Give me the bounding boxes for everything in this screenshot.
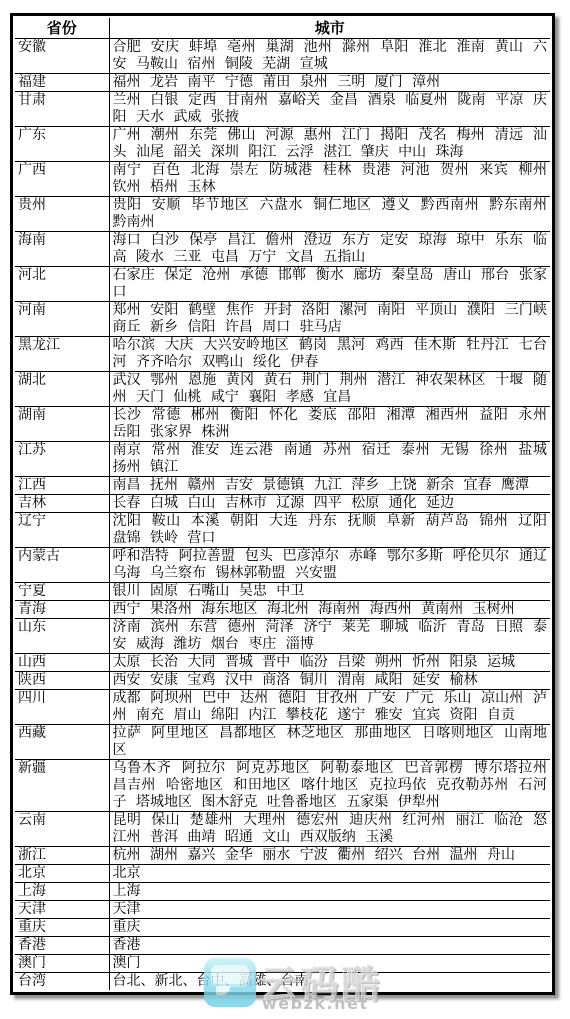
table-row: 甘肃 兰州 白银 定西 甘南州 嘉峪关 金昌 酒泉 临夏州 陇南 平凉 庆阳 天… (15, 92, 550, 127)
province-cell: 西藏 (15, 725, 109, 760)
table-row: 吉林 长春 白城 白山 吉林市 辽源 四平 松原 通化 延边 (15, 495, 550, 513)
table-row: 江西 南昌 抚州 赣州 吉安 景德镇 九江 萍乡 上饶 新余 宜春 鹰潭 (15, 477, 550, 495)
province-cell: 江苏 (15, 442, 109, 477)
table-row: 浙江 杭州 湖州 嘉兴 金华 丽水 宁波 衢州 绍兴 台州 温州 舟山 (15, 847, 550, 865)
province-cell: 青海 (15, 601, 109, 619)
cities-cell: 福州 龙岩 南平 宁德 莆田 泉州 三明 厦门 漳州 (109, 74, 550, 92)
cities-cell: 济南 滨州 东营 德州 菏泽 济宁 莱芜 聊城 临沂 青岛 日照 泰安 威海 潍… (109, 619, 550, 654)
cities-cell: 南宁 百色 北海 崇左 防城港 桂林 贵港 河池 贺州 来宾 柳州 钦州 梧州 … (109, 162, 550, 197)
province-cell: 四川 (15, 690, 109, 725)
cities-cell: 兰州 白银 定西 甘南州 嘉峪关 金昌 酒泉 临夏州 陇南 平凉 庆阳 天水 武… (109, 92, 550, 127)
table-row: 河南 郑州 安阳 鹤壁 焦作 开封 洛阳 漯河 南阳 平顶山 濮阳 三门峡 商丘… (15, 302, 550, 337)
table-row: 广东 广州 潮州 东莞 佛山 河源 惠州 江门 揭阳 茂名 梅州 清远 汕头 汕… (15, 127, 550, 162)
province-city-table-frame: 省份 城市 安徽 合肥 安庆 蚌埠 亳州 巢湖 池州 滁州 阜阳 淮北 淮南 黄… (10, 13, 555, 995)
province-cell: 江西 (15, 477, 109, 495)
cities-cell: 广州 潮州 东莞 佛山 河源 惠州 江门 揭阳 茂名 梅州 清远 汕头 汕尾 韶… (109, 127, 550, 162)
province-cell: 黑龙江 (15, 337, 109, 372)
table-row: 贵州 贵阳 安顺 毕节地区 六盘水 铜仁地区 遵义 黔西南州 黔东南州 黔南州 (15, 197, 550, 232)
province-cell: 浙江 (15, 847, 109, 865)
province-cell: 广西 (15, 162, 109, 197)
cities-cell: 上海 (109, 883, 550, 901)
province-cell: 湖北 (15, 372, 109, 407)
table-row: 重庆 重庆 (15, 919, 550, 937)
province-cell: 香港 (15, 937, 109, 955)
table-row: 广西 南宁 百色 北海 崇左 防城港 桂林 贵港 河池 贺州 来宾 柳州 钦州 … (15, 162, 550, 197)
cities-cell: 成都 阿坝州 巴中 达州 德阳 甘孜州 广安 广元 乐山 凉山州 泸州 南充 眉… (109, 690, 550, 725)
province-column-header: 省份 (15, 18, 109, 39)
table-row: 青海 西宁 果洛州 海东地区 海北州 海南州 海西州 黄南州 玉树州 (15, 601, 550, 619)
table-row: 山东 济南 滨州 东营 德州 菏泽 济宁 莱芜 聊城 临沂 青岛 日照 泰安 威… (15, 619, 550, 654)
cities-cell: 郑州 安阳 鹤壁 焦作 开封 洛阳 漯河 南阳 平顶山 濮阳 三门峡 商丘 新乡… (109, 302, 550, 337)
province-cell: 宁夏 (15, 583, 109, 601)
province-cell: 广东 (15, 127, 109, 162)
table-row: 宁夏 银川 固原 石嘴山 吴忠 中卫 (15, 583, 550, 601)
cities-cell: 台北、新北、台中、高雄、台南 (109, 973, 550, 991)
cities-cell: 澳门 (109, 955, 550, 973)
table-row: 黑龙江 哈尔滨 大庆 大兴安岭地区 鹤岗 黑河 鸡西 佳木斯 牡丹江 七台河 齐… (15, 337, 550, 372)
cities-cell: 长沙 常德 郴州 衡阳 怀化 娄底 邵阳 湘潭 湘西州 益阳 永州 岳阳 张家界… (109, 407, 550, 442)
table-row: 台湾 台北、新北、台中、高雄、台南 (15, 973, 550, 991)
table-row: 陕西 西安 安康 宝鸡 汉中 商洛 铜川 渭南 咸阳 延安 榆林 (15, 672, 550, 690)
cities-cell: 香港 (109, 937, 550, 955)
table-row: 澳门 澳门 (15, 955, 550, 973)
province-cell: 北京 (15, 865, 109, 883)
table-row: 湖南 长沙 常德 郴州 衡阳 怀化 娄底 邵阳 湘潭 湘西州 益阳 永州 岳阳 … (15, 407, 550, 442)
cities-cell: 拉萨 阿里地区 昌都地区 林芝地区 那曲地区 日喀则地区 山南地区 (109, 725, 550, 760)
province-cell: 台湾 (15, 973, 109, 991)
province-cell: 吉林 (15, 495, 109, 513)
watermark-domain: webzk.net (262, 994, 369, 1013)
province-cell: 内蒙古 (15, 548, 109, 583)
cities-cell: 合肥 安庆 蚌埠 亳州 巢湖 池州 滁州 阜阳 淮北 淮南 黄山 六安 马鞍山 … (109, 39, 550, 74)
cities-cell: 太原 长治 大同 晋城 晋中 临汾 吕梁 朔州 忻州 阳泉 运城 (109, 654, 550, 672)
cities-cell: 重庆 (109, 919, 550, 937)
table-row: 福建 福州 龙岩 南平 宁德 莆田 泉州 三明 厦门 漳州 (15, 74, 550, 92)
province-cell: 安徽 (15, 39, 109, 74)
province-cell: 甘肃 (15, 92, 109, 127)
province-cell: 河北 (15, 267, 109, 302)
cities-cell: 石家庄 保定 沧州 承德 邯郸 衡水 廊坊 秦皇岛 唐山 邢台 张家口 (109, 267, 550, 302)
cities-cell: 长春 白城 白山 吉林市 辽源 四平 松原 通化 延边 (109, 495, 550, 513)
cities-cell: 银川 固原 石嘴山 吴忠 中卫 (109, 583, 550, 601)
cities-column-header: 城市 (109, 18, 550, 39)
cities-cell: 乌鲁木齐 阿拉尔 阿克苏地区 阿勒泰地区 巴音郭楞 博尔塔拉州 昌吉州 哈密地区… (109, 760, 550, 812)
table-row: 河北 石家庄 保定 沧州 承德 邯郸 衡水 廊坊 秦皇岛 唐山 邢台 张家口 (15, 267, 550, 302)
province-cell: 上海 (15, 883, 109, 901)
cities-cell: 北京 (109, 865, 550, 883)
cities-cell: 武汉 鄂州 恩施 黄冈 黄石 荆门 荆州 潜江 神农架林区 十堰 随州 天门 仙… (109, 372, 550, 407)
province-cell: 重庆 (15, 919, 109, 937)
table-header: 省份 城市 (15, 18, 550, 39)
table-body: 安徽 合肥 安庆 蚌埠 亳州 巢湖 池州 滁州 阜阳 淮北 淮南 黄山 六安 马… (15, 39, 550, 991)
cities-cell: 西宁 果洛州 海东地区 海北州 海南州 海西州 黄南州 玉树州 (109, 601, 550, 619)
province-cell: 澳门 (15, 955, 109, 973)
cities-cell: 昆明 保山 楚雄州 大理州 德宏州 迪庆州 红河州 丽江 临沧 怒江州 普洱 曲… (109, 812, 550, 847)
province-cell: 贵州 (15, 197, 109, 232)
table-row: 西藏 拉萨 阿里地区 昌都地区 林芝地区 那曲地区 日喀则地区 山南地区 (15, 725, 550, 760)
table-row: 海南 海口 白沙 保亭 昌江 儋州 澄迈 东方 定安 琼海 琼中 乐东 临高 陵… (15, 232, 550, 267)
province-cell: 山西 (15, 654, 109, 672)
header-row: 省份 城市 (15, 18, 550, 39)
province-cell: 辽宁 (15, 513, 109, 548)
table-row: 安徽 合肥 安庆 蚌埠 亳州 巢湖 池州 滁州 阜阳 淮北 淮南 黄山 六安 马… (15, 39, 550, 74)
province-cell: 海南 (15, 232, 109, 267)
cities-cell: 呼和浩特 阿拉善盟 包头 巴彦淖尔 赤峰 鄂尔多斯 呼伦贝尔 通辽 乌海 乌兰察… (109, 548, 550, 583)
cities-cell: 南昌 抚州 赣州 吉安 景德镇 九江 萍乡 上饶 新余 宜春 鹰潭 (109, 477, 550, 495)
cities-cell: 贵阳 安顺 毕节地区 六盘水 铜仁地区 遵义 黔西南州 黔东南州 黔南州 (109, 197, 550, 232)
cities-cell: 哈尔滨 大庆 大兴安岭地区 鹤岗 黑河 鸡西 佳木斯 牡丹江 七台河 齐齐哈尔 … (109, 337, 550, 372)
cities-cell: 海口 白沙 保亭 昌江 儋州 澄迈 东方 定安 琼海 琼中 乐东 临高 陵水 三… (109, 232, 550, 267)
cities-cell: 杭州 湖州 嘉兴 金华 丽水 宁波 衢州 绍兴 台州 温州 舟山 (109, 847, 550, 865)
table-row: 新疆 乌鲁木齐 阿拉尔 阿克苏地区 阿勒泰地区 巴音郭楞 博尔塔拉州 昌吉州 哈… (15, 760, 550, 812)
table-row: 北京 北京 (15, 865, 550, 883)
province-cell: 陕西 (15, 672, 109, 690)
province-cell: 河南 (15, 302, 109, 337)
table-row: 天津 天津 (15, 901, 550, 919)
table-row: 上海 上海 (15, 883, 550, 901)
cities-cell: 西安 安康 宝鸡 汉中 商洛 铜川 渭南 咸阳 延安 榆林 (109, 672, 550, 690)
table-row: 云南 昆明 保山 楚雄州 大理州 德宏州 迪庆州 红河州 丽江 临沧 怒江州 普… (15, 812, 550, 847)
cities-cell: 沈阳 鞍山 本溪 朝阳 大连 丹东 抚顺 阜新 葫芦岛 锦州 辽阳 盘锦 铁岭 … (109, 513, 550, 548)
table-row: 香港 香港 (15, 937, 550, 955)
table-row: 辽宁 沈阳 鞍山 本溪 朝阳 大连 丹东 抚顺 阜新 葫芦岛 锦州 辽阳 盘锦 … (15, 513, 550, 548)
table-row: 内蒙古 呼和浩特 阿拉善盟 包头 巴彦淖尔 赤峰 鄂尔多斯 呼伦贝尔 通辽 乌海… (15, 548, 550, 583)
cities-cell: 天津 (109, 901, 550, 919)
table-row: 山西 太原 长治 大同 晋城 晋中 临汾 吕梁 朔州 忻州 阳泉 运城 (15, 654, 550, 672)
table-row: 四川 成都 阿坝州 巴中 达州 德阳 甘孜州 广安 广元 乐山 凉山州 泸州 南… (15, 690, 550, 725)
province-cell: 新疆 (15, 760, 109, 812)
cities-cell: 南京 常州 淮安 连云港 南通 苏州 宿迁 泰州 无锡 徐州 盐城 扬州 镇江 (109, 442, 550, 477)
province-city-table: 省份 城市 安徽 合肥 安庆 蚌埠 亳州 巢湖 池州 滁州 阜阳 淮北 淮南 黄… (15, 18, 550, 990)
table-row: 湖北 武汉 鄂州 恩施 黄冈 黄石 荆门 荆州 潜江 神农架林区 十堰 随州 天… (15, 372, 550, 407)
province-cell: 云南 (15, 812, 109, 847)
province-cell: 天津 (15, 901, 109, 919)
province-cell: 湖南 (15, 407, 109, 442)
province-cell: 福建 (15, 74, 109, 92)
table-row: 江苏 南京 常州 淮安 连云港 南通 苏州 宿迁 泰州 无锡 徐州 盐城 扬州 … (15, 442, 550, 477)
province-cell: 山东 (15, 619, 109, 654)
